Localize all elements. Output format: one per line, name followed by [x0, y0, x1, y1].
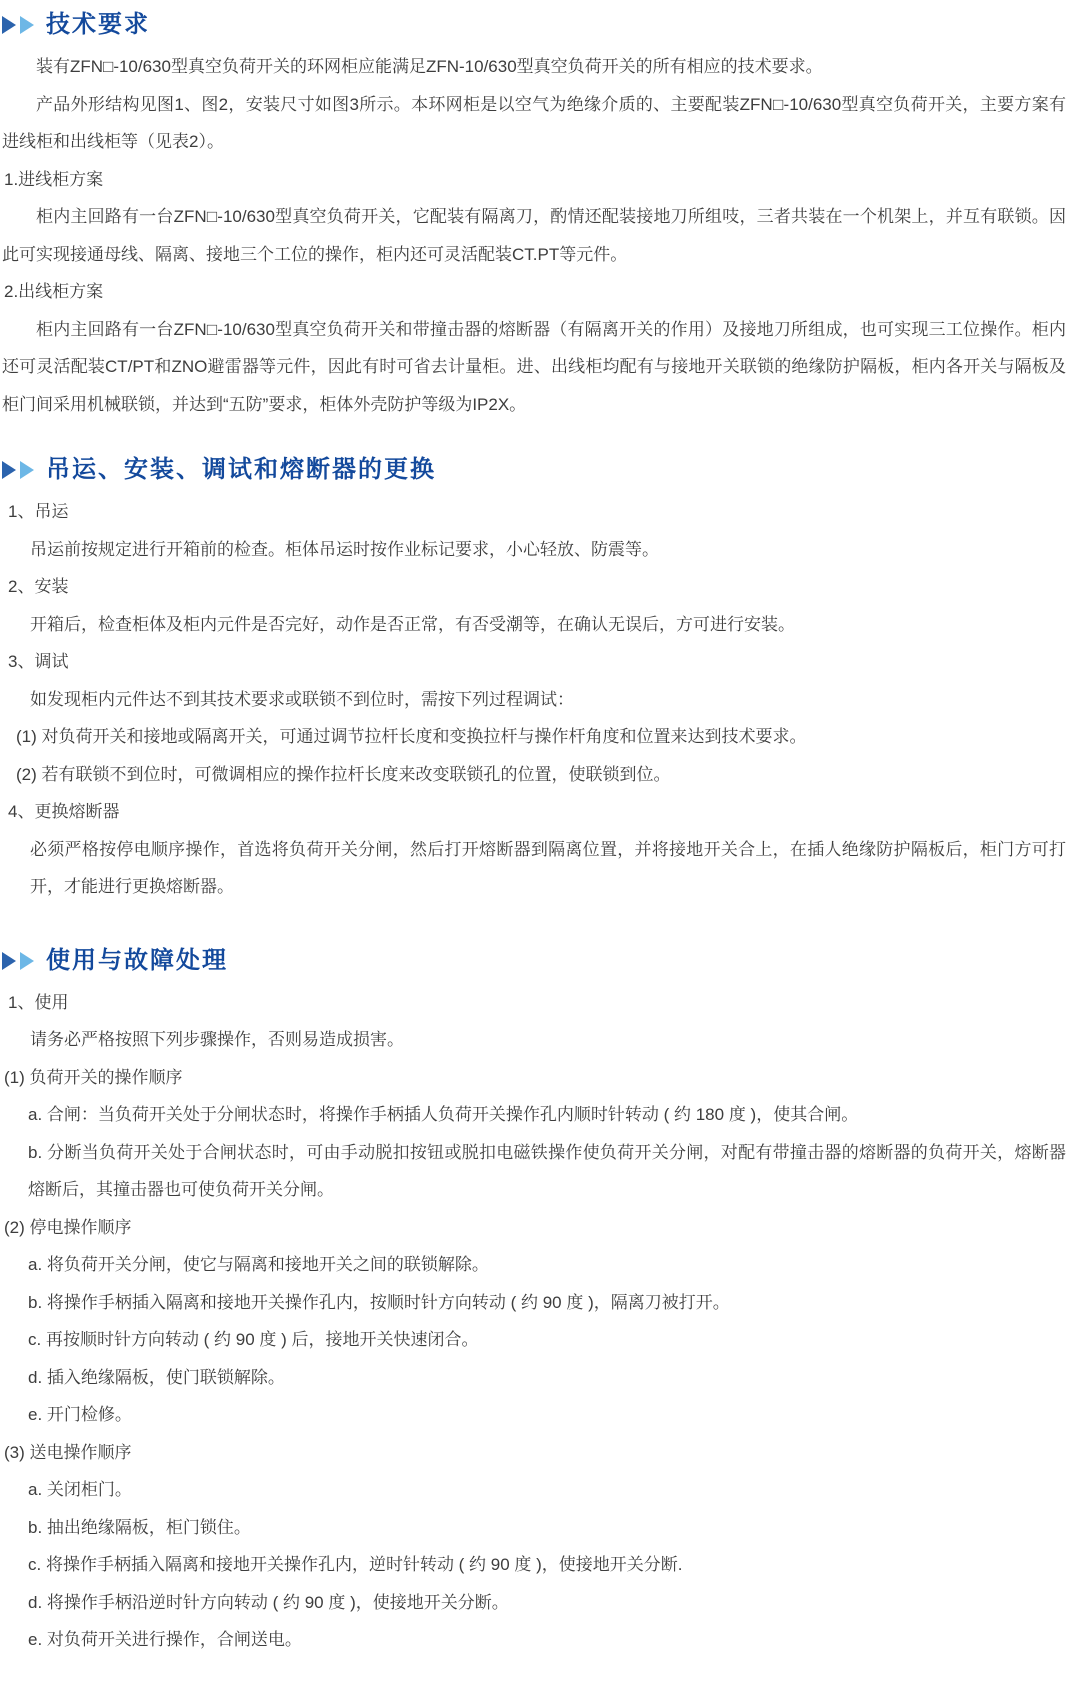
- arrow-right-dark-icon: [2, 461, 16, 479]
- numbered-item: 1、吊运: [2, 493, 1066, 531]
- paragraph: 柜内主回路有一台ZFN□-10/630型真空负荷开关和带撞击器的熔断器（有隔离开…: [2, 311, 1066, 424]
- lettered-step: c. 将操作手柄插入隔离和接地开关操作孔内，逆时针转动 ( 约 90 度 )，使…: [2, 1546, 1066, 1584]
- paragraph: 吊运前按规定进行开箱前的检查。柜体吊运时按作业标记要求，小心轻放、防震等。: [2, 531, 1066, 569]
- arrow-right-light-icon: [20, 461, 34, 479]
- paragraph: 开箱后，检查柜体及柜内元件是否完好，动作是否正常，有否受潮等，在确认无误后，方可…: [2, 606, 1066, 644]
- section-title-text: 吊运、安装、调试和熔断器的更换: [46, 453, 436, 487]
- section-title-text: 技术要求: [46, 8, 150, 42]
- arrow-right-dark-icon: [2, 952, 16, 970]
- section-title-text: 使用与故障处理: [46, 944, 228, 978]
- section-heading-lifting-installation: 吊运、安装、调试和熔断器的更换: [2, 453, 1066, 487]
- section-heading-technical-requirements: 技术要求: [2, 8, 1066, 42]
- lettered-step: e. 对负荷开关进行操作，合闸送电。: [2, 1621, 1066, 1659]
- lettered-step: b. 将操作手柄插入隔离和接地开关操作孔内，按顺时针方向转动 ( 约 90 度 …: [2, 1284, 1066, 1322]
- lettered-step: e. 开门检修。: [2, 1396, 1066, 1434]
- sub-item: (1) 对负荷开关和接地或隔离开关，可通过调节拉杆长度和变换拉杆与操作杆角度和位…: [2, 718, 1066, 756]
- paragraph: 请务必严格按照下列步骤操作，否则易造成损害。: [2, 1021, 1066, 1059]
- paragraph: 必须严格按停电顺序操作，首选将负荷开关分闸，然后打开熔断器到隔离位置，并将接地开…: [2, 831, 1066, 906]
- lettered-step: b. 抽出绝缘隔板，柜门锁住。: [2, 1509, 1066, 1547]
- lettered-step: c. 再按顺时针方向转动 ( 约 90 度 ) 后，接地开关快速闭合。: [2, 1321, 1066, 1359]
- numbered-item: 2、安装: [2, 568, 1066, 606]
- arrow-right-light-icon: [20, 952, 34, 970]
- sub-item: (1) 负荷开关的操作顺序: [2, 1059, 1066, 1097]
- document-page: 技术要求 装有ZFN□-10/630型真空负荷开关的环网柜应能满足ZFN-10/…: [0, 0, 1070, 1683]
- arrow-right-dark-icon: [2, 16, 16, 34]
- numbered-item: 1、使用: [2, 984, 1066, 1022]
- lettered-step: a. 合闸：当负荷开关处于分闸状态时，将操作手柄插人负荷开关操作孔内顺时针转动 …: [2, 1096, 1066, 1134]
- lettered-step: b. 分断当负荷开关处于合闸状态时，可由手动脱扣按钮或脱扣电磁铁操作使负荷开关分…: [2, 1134, 1066, 1209]
- sub-item: (2) 停电操作顺序: [2, 1209, 1066, 1247]
- lettered-step: d. 插入绝缘隔板，使门联锁解除。: [2, 1359, 1066, 1397]
- paragraph: 产品外形结构见图1、图2，安装尺寸如图3所示。本环网柜是以空气为绝缘介质的、主要…: [2, 86, 1066, 161]
- lettered-step: a. 关闭柜门。: [2, 1471, 1066, 1509]
- lettered-step: a. 将负荷开关分闸，使它与隔离和接地开关之间的联锁解除。: [2, 1246, 1066, 1284]
- sub-item: (3) 送电操作顺序: [2, 1434, 1066, 1472]
- list-label: 1.进线柜方案: [2, 161, 1066, 199]
- paragraph: 如发现柜内元件达不到其技术要求或联锁不到位时，需按下列过程调试：: [2, 681, 1066, 719]
- numbered-item: 4、更换熔断器: [2, 793, 1066, 831]
- sub-item: (2) 若有联锁不到位时，可微调相应的操作拉杆长度来改变联锁孔的位置，使联锁到位…: [2, 756, 1066, 794]
- section-heading-usage-troubleshooting: 使用与故障处理: [2, 944, 1066, 978]
- list-label: 2.出线柜方案: [2, 273, 1066, 311]
- numbered-item: 3、调试: [2, 643, 1066, 681]
- lettered-step: d. 将操作手柄沿逆时针方向转动 ( 约 90 度 )，使接地开关分断。: [2, 1584, 1066, 1622]
- arrow-right-light-icon: [20, 16, 34, 34]
- paragraph: 柜内主回路有一台ZFN□-10/630型真空负荷开关，它配装有隔离刀，酌情还配装…: [2, 198, 1066, 273]
- paragraph: 装有ZFN□-10/630型真空负荷开关的环网柜应能满足ZFN-10/630型真…: [2, 48, 1066, 86]
